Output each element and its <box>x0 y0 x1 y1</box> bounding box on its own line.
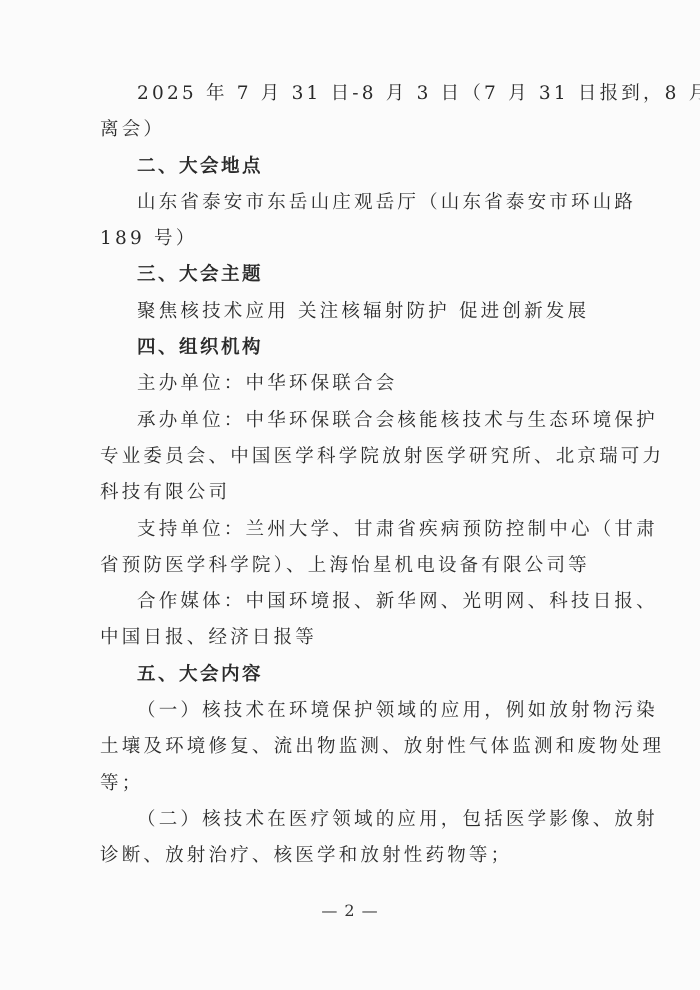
organizer-line-cont2: 科技有限公司 <box>100 475 586 511</box>
content-item-2: （二）核技术在医疗领域的应用，包括医学影像、放射 <box>100 802 586 838</box>
host-line: 主办单位：中华环保联合会 <box>100 366 586 402</box>
media-line-cont: 中国日报、经济日报等 <box>100 620 586 656</box>
venue-line: 山东省泰安市东岳山庄观岳厅（山东省泰安市环山路 <box>100 185 586 221</box>
supporter-line-cont: 省预防医学科学院）、上海怡星机电设备有限公司等 <box>100 548 586 584</box>
page-number: — 2 — <box>0 901 700 920</box>
content-item-1-cont2: 等； <box>100 766 586 802</box>
organizer-line: 承办单位：中华环保联合会核能核技术与生态环境保护 <box>100 403 586 439</box>
document-body: 2025 年 7 月 31 日-8 月 3 日（7 月 31 日报到，8 月 3… <box>100 76 586 875</box>
date-line: 2025 年 7 月 31 日-8 月 3 日（7 月 31 日报到，8 月 3… <box>100 76 586 112</box>
date-line-cont: 离会） <box>100 112 586 148</box>
section-heading-organization: 四、组织机构 <box>100 330 586 366</box>
supporter-line: 支持单位：兰州大学、甘肃省疾病预防控制中心（甘肃 <box>100 512 586 548</box>
venue-line-cont: 189 号） <box>100 221 586 257</box>
organizer-line-cont: 专业委员会、中国医学科学院放射医学研究所、北京瑞可力 <box>100 439 586 475</box>
content-item-1-cont: 土壤及环境修复、流出物监测、放射性气体监测和废物处理 <box>100 729 586 765</box>
content-item-2-cont: 诊断、放射治疗、核医学和放射性药物等； <box>100 838 586 874</box>
section-heading-theme: 三、大会主题 <box>100 257 586 293</box>
section-heading-content: 五、大会内容 <box>100 657 586 693</box>
media-line: 合作媒体：中国环境报、新华网、光明网、科技日报、 <box>100 584 586 620</box>
theme-line: 聚焦核技术应用 关注核辐射防护 促进创新发展 <box>100 294 586 330</box>
content-item-1: （一）核技术在环境保护领域的应用，例如放射物污染 <box>100 693 586 729</box>
section-heading-venue: 二、大会地点 <box>100 149 586 185</box>
